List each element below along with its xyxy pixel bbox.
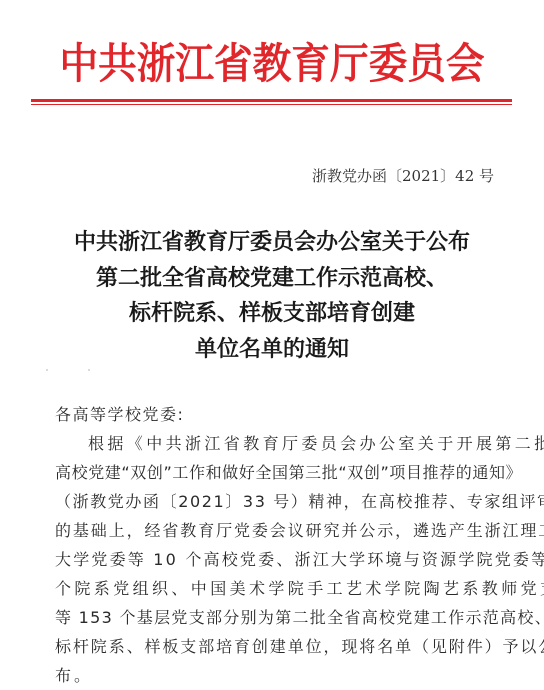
scan-speck bbox=[88, 369, 90, 371]
scan-speck bbox=[46, 369, 48, 371]
paragraph-line: 大学党委等 10 个高校党委、浙江大学环境与资源学院党委等 81 bbox=[55, 545, 495, 574]
document-body: 各高等学校党委: 根据《中共浙江省教育厅委员会办公室关于开展第二批全省 高校党建… bbox=[55, 400, 495, 690]
paragraph-line: 标杆院系、样板支部培育创建单位，现将名单（见附件）予以公 bbox=[55, 632, 495, 661]
heading-line-1: 中共浙江省教育厅委员会办公室关于公布 bbox=[0, 225, 544, 261]
paragraph-line: 的基础上，经省教育厅党委会议研究并公示，遴选产生浙江理工 bbox=[55, 516, 495, 545]
paragraph-line: （浙教党办函〔2021〕33 号）精神，在高校推荐、专家组评审 bbox=[55, 487, 495, 516]
masthead-rule-thick bbox=[31, 99, 512, 102]
document-heading: 中共浙江省教育厅委员会办公室关于公布 第二批全省高校党建工作示范高校、 标杆院系… bbox=[0, 225, 544, 367]
paragraph-line: 等 153 个基层党支部分别为第二批全省高校党建工作示范高校、 bbox=[55, 603, 495, 632]
heading-line-4: 单位名单的通知 bbox=[0, 332, 544, 368]
heading-line-3: 标杆院系、样板支部培育创建 bbox=[0, 296, 544, 332]
paragraph-line: 个院系党组织、中国美术学院手工艺术学院陶艺系教师党支部 bbox=[55, 574, 495, 603]
masthead-rule-thin bbox=[31, 104, 512, 105]
paragraph-line: 高校党建“双创”工作和做好全国第三批“双创”项目推荐的通知》 bbox=[55, 458, 495, 487]
paragraph-line: 布。 bbox=[55, 661, 495, 690]
masthead-title: 中共浙江省教育厅委员会 bbox=[22, 36, 522, 92]
salutation: 各高等学校党委: bbox=[55, 400, 495, 429]
paragraph-line: 根据《中共浙江省教育厅委员会办公室关于开展第二批全省 bbox=[55, 429, 495, 458]
heading-line-2: 第二批全省高校党建工作示范高校、 bbox=[0, 261, 544, 297]
document-number: 浙教党办函〔2021〕42 号 bbox=[312, 164, 494, 188]
